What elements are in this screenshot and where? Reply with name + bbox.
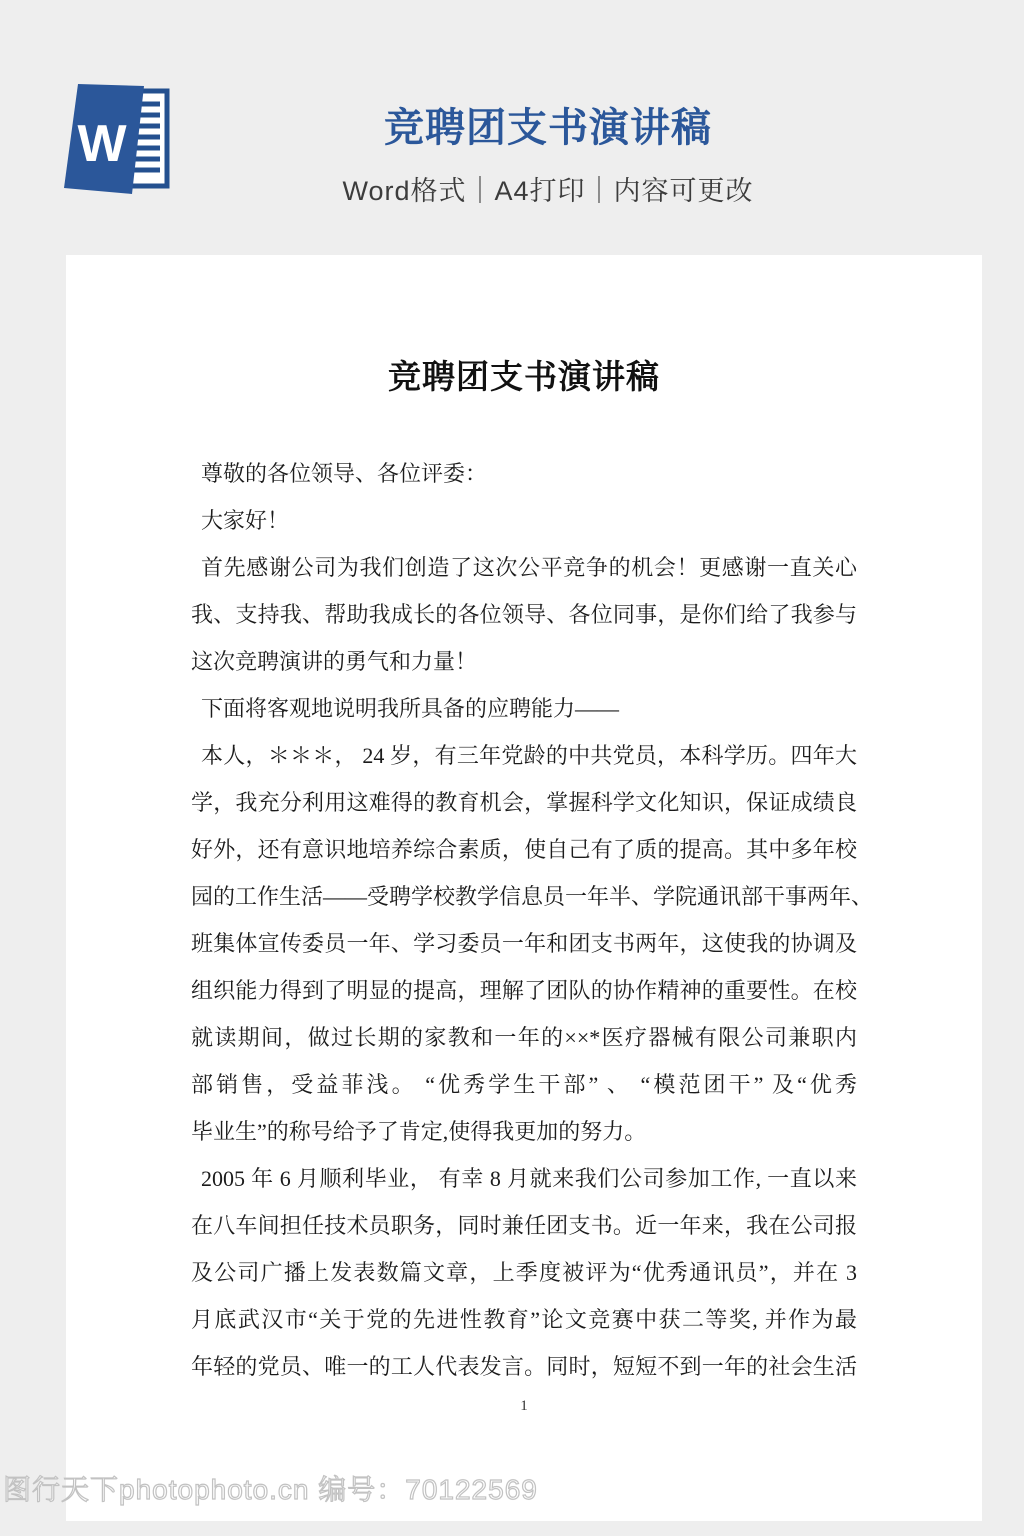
doc-line: 部销售，受益菲浅。 “优秀学生干部” 、 “模范团干” 及“优秀 — [191, 1061, 857, 1108]
doc-line: 组织能力得到了明显的提高，理解了团队的协作精神的重要性。在校 — [191, 967, 857, 1014]
doc-line: 我、支持我、帮助我成长的各位领导、各位同事，是你们给了我参与 — [191, 591, 857, 638]
doc-line: 这次竞聘演讲的勇气和力量！ — [191, 638, 857, 685]
header-text-block: 竞聘团支书演讲稿 Word格式｜A4打印｜内容可更改 — [0, 96, 1024, 208]
template-subtitle: Word格式｜A4打印｜内容可更改 — [72, 169, 1024, 208]
page-number: 1 — [66, 1398, 982, 1415]
template-title: 竞聘团支书演讲稿 — [72, 96, 1024, 153]
doc-line: 本人，＊＊＊， 24 岁，有三年党龄的中共党员，本科学历。四年大 — [191, 732, 857, 779]
doc-line: 月底武汉市“关于党的先进性教育”论文竞赛中获二等奖, 并作为最 — [191, 1296, 857, 1343]
document-page: 竞聘团支书演讲稿 尊敬的各位领导、各位评委：大家好！首先感谢公司为我们创造了这次… — [66, 255, 982, 1521]
doc-line: 下面将客观地说明我所具备的应聘能力—— — [191, 685, 857, 732]
doc-line: 就读期间，做过长期的家教和一年的××*医疗器械有限公司兼职内 — [191, 1014, 857, 1061]
watermark-text: 图行天下photophoto.cn 编号：70122569 — [3, 1468, 538, 1508]
doc-line: 大家好！ — [191, 497, 857, 544]
doc-line: 好外，还有意识地培养综合素质，使自己有了质的提高。其中多年校 — [191, 826, 857, 873]
doc-line: 及公司广播上发表数篇文章，上季度被评为“优秀通讯员”，并在 3 — [191, 1249, 857, 1296]
doc-line: 2005 年 6 月顺利毕业， 有幸 8 月就来我们公司参加工作, 一直以来 — [191, 1155, 857, 1202]
document-title: 竞聘团支书演讲稿 — [66, 255, 982, 398]
doc-line: 尊敬的各位领导、各位评委： — [191, 450, 857, 497]
doc-line: 班集体宣传委员一年、学习委员一年和团支书两年，这使我的协调及 — [191, 920, 857, 967]
doc-line: 首先感谢公司为我们创造了这次公平竞争的机会！更感谢一直关心 — [191, 544, 857, 591]
doc-line: 年轻的党员、唯一的工人代表发言。同时，短短不到一年的社会生活 — [191, 1343, 857, 1390]
doc-line: 在八车间担任技术员职务，同时兼任团支书。近一年来，我在公司报 — [191, 1202, 857, 1249]
preview-header: W 竞聘团支书演讲稿 Word格式｜A4打印｜内容可更改 — [0, 0, 1024, 255]
doc-body: 尊敬的各位领导、各位评委：大家好！首先感谢公司为我们创造了这次公平竞争的机会！更… — [191, 450, 857, 1390]
doc-line: 学，我充分利用这难得的教育机会，掌握科学文化知识，保证成绩良 — [191, 779, 857, 826]
doc-line: 毕业生”的称号给予了肯定,使得我更加的努力。 — [191, 1108, 857, 1155]
doc-line: 园的工作生活——受聘学校教学信息员一年半、学院通讯部干事两年、 — [191, 873, 857, 920]
